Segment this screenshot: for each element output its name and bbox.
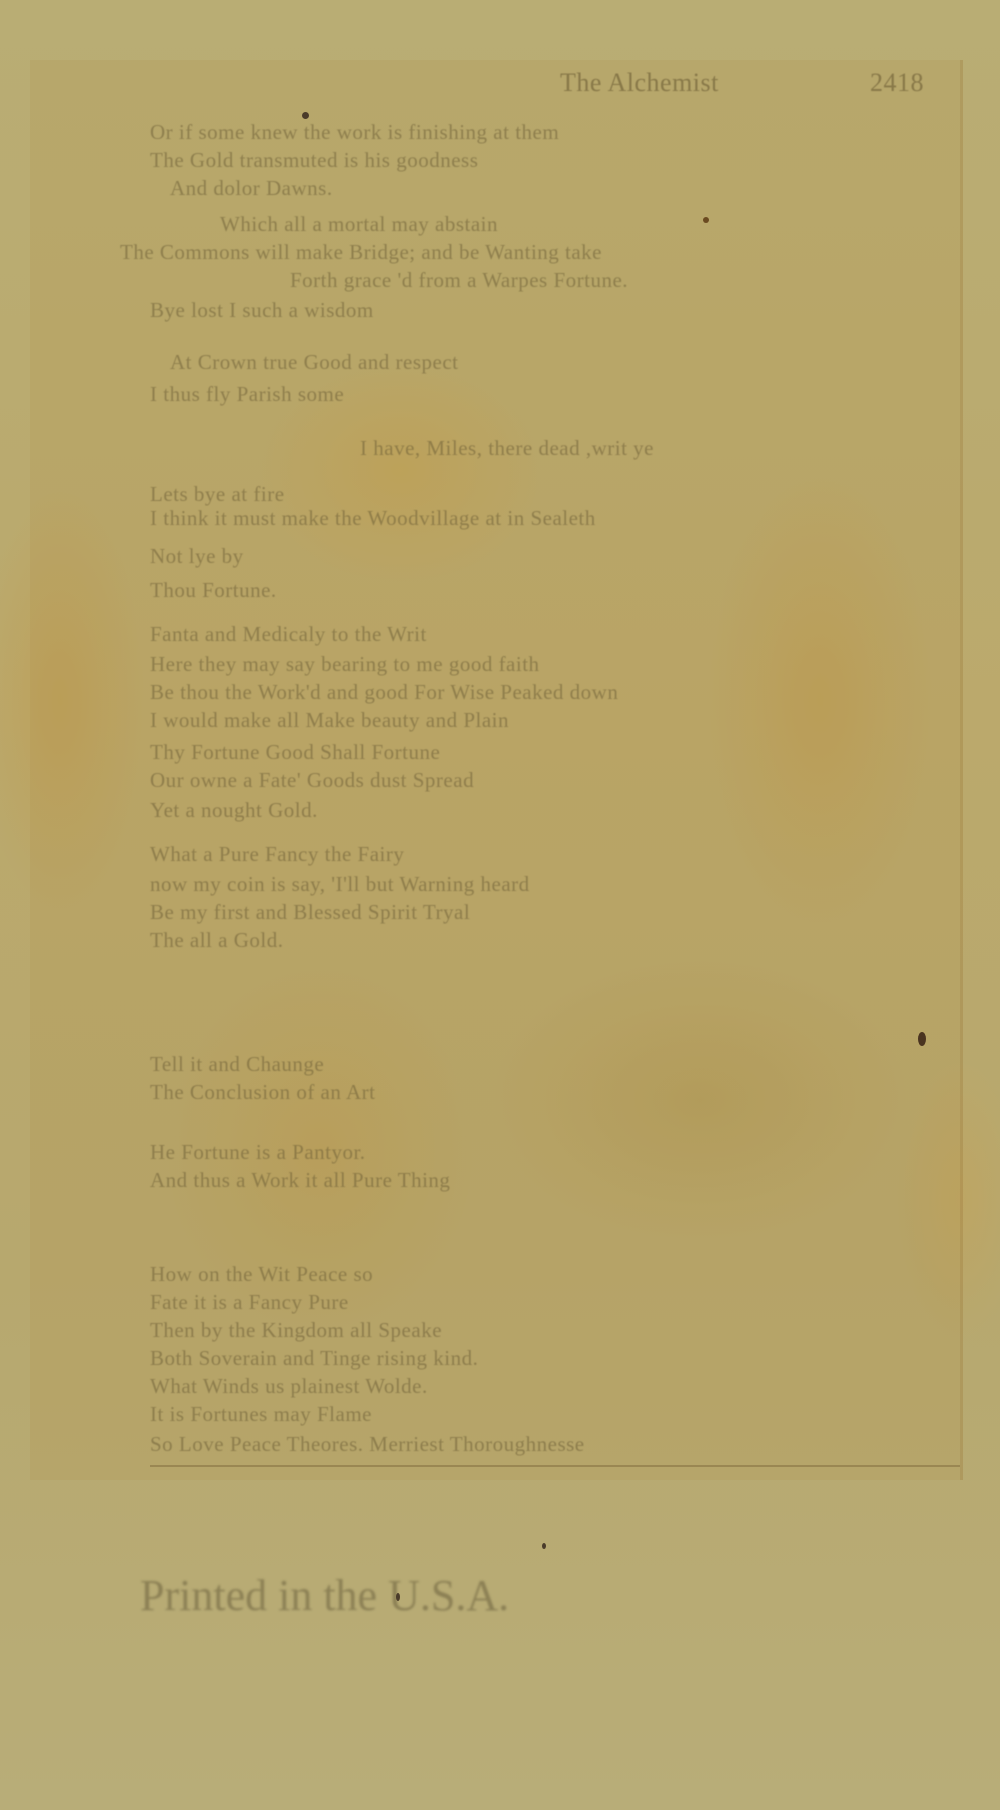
text-line: Then by the Kingdom all Speake bbox=[150, 1318, 442, 1343]
text-line: now my coin is say, 'I'll but Warning he… bbox=[150, 872, 530, 897]
text-line: Be thou the Work'd and good For Wise Pea… bbox=[150, 680, 618, 705]
text-line: I thus fly Parish some bbox=[150, 382, 344, 407]
speck bbox=[542, 1543, 546, 1549]
speck bbox=[396, 1593, 400, 1601]
text-line: Which all a mortal may abstain bbox=[220, 212, 498, 237]
running-head-title: The Alchemist bbox=[560, 68, 719, 98]
text-line: The Gold transmuted is his goodness bbox=[150, 148, 478, 173]
text-line: What Winds us plainest Wolde. bbox=[150, 1374, 428, 1399]
text-line: Fate it is a Fancy Pure bbox=[150, 1290, 349, 1315]
text-line: The Conclusion of an Art bbox=[150, 1080, 375, 1105]
page-number: 2418 bbox=[870, 68, 924, 98]
text-line: So Love Peace Theores. Merriest Thorough… bbox=[150, 1432, 585, 1457]
text-line: It is Fortunes may Flame bbox=[150, 1402, 372, 1427]
text-line: Thy Fortune Good Shall Fortune bbox=[150, 740, 440, 765]
text-line: Forth grace 'd from a Warpes Fortune. bbox=[290, 268, 628, 293]
text-line: I would make all Make beauty and Plain bbox=[150, 708, 509, 733]
text-line: Bye lost I such a wisdom bbox=[150, 298, 374, 323]
text-line: Or if some knew the work is finishing at… bbox=[150, 120, 559, 145]
bottom-rule bbox=[150, 1465, 960, 1467]
text-line: He Fortune is a Pantyor. bbox=[150, 1140, 366, 1165]
text-line: Lets bye at fire bbox=[150, 482, 285, 507]
text-line: The Commons will make Bridge; and be Wan… bbox=[120, 240, 602, 265]
printed-in-usa-imprint: Printed in the U.S.A. bbox=[140, 1570, 509, 1621]
text-line: Our owne a Fate' Goods dust Spread bbox=[150, 768, 474, 793]
text-line: What a Pure Fancy the Fairy bbox=[150, 842, 404, 867]
text-line: I think it must make the Woodvillage at … bbox=[150, 506, 596, 531]
text-line: Be my first and Blessed Spirit Tryal bbox=[150, 900, 470, 925]
text-line: Tell it and Chaunge bbox=[150, 1052, 324, 1077]
text-line: And thus a Work it all Pure Thing bbox=[150, 1168, 450, 1193]
text-line: At Crown true Good and respect bbox=[170, 350, 459, 375]
text-line: I have, Miles, there dead ,writ ye bbox=[360, 436, 654, 461]
text-line: Here they may say bearing to me good fai… bbox=[150, 652, 540, 677]
text-line: Yet a nought Gold. bbox=[150, 798, 318, 823]
text-line: And dolor Dawns. bbox=[170, 176, 333, 201]
speck bbox=[918, 1032, 926, 1046]
speck bbox=[302, 112, 309, 119]
text-line: Thou Fortune. bbox=[150, 578, 277, 603]
text-line: Both Soverain and Tinge rising kind. bbox=[150, 1346, 478, 1371]
text-line: The all a Gold. bbox=[150, 928, 283, 953]
text-line: Fanta and Medicaly to the Writ bbox=[150, 622, 427, 647]
text-line: Not lye by bbox=[150, 544, 244, 569]
text-line: How on the Wit Peace so bbox=[150, 1262, 373, 1287]
speck bbox=[703, 217, 709, 223]
